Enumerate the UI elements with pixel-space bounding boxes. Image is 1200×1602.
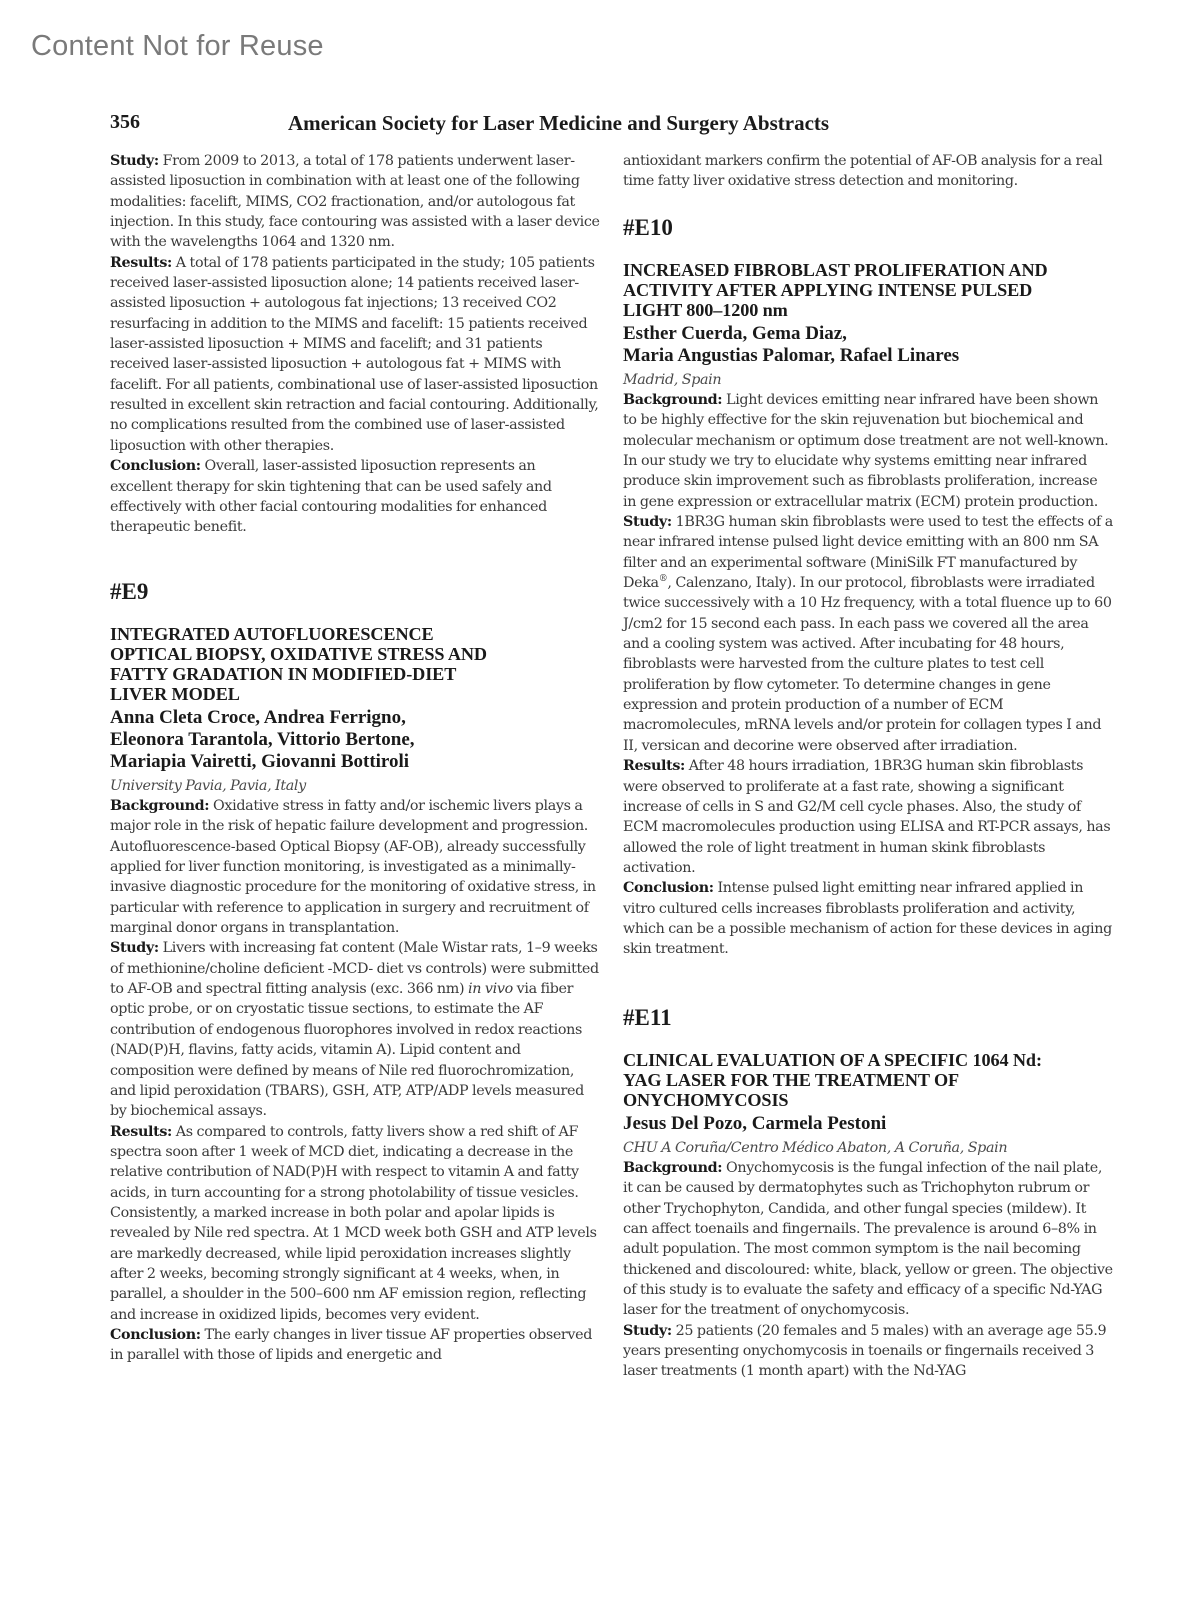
background-text: Oxidative stress in fatty and/or ischemi… (110, 798, 596, 936)
abstract-id: #E10 (623, 218, 1113, 238)
title-line: OPTICAL BIOPSY, OXIDATIVE STRESS AND (110, 644, 600, 664)
conclusion-section: Conclusion: The early changes in liver t… (110, 1325, 600, 1366)
abstract-authors: Jesus Del Pozo, Carmela Pestoni (623, 1113, 1113, 1135)
page-number: 356 (110, 111, 140, 134)
background-section: Background: Onychomycosis is the fungal … (623, 1158, 1113, 1321)
background-text: Onychomycosis is the fungal infection of… (623, 1160, 1113, 1318)
background-section: Background: Oxidative stress in fatty an… (110, 796, 600, 938)
journal-title: American Society for Laser Medicine and … (288, 111, 829, 136)
abstract-affiliation: University Pavia, Pavia, Italy (110, 776, 600, 796)
author-line: Maria Angustias Palomar, Rafael Linares (623, 345, 1113, 367)
conclusion-section: Conclusion: Intense pulsed light emittin… (623, 878, 1113, 959)
conclusion-label: Conclusion: (110, 1327, 201, 1343)
study-label: Study: (623, 1323, 672, 1339)
background-label: Background: (623, 392, 722, 408)
study-text-italic: in vivo (468, 981, 513, 997)
study-text: , Calenzano, Italy). In our protocol, fi… (623, 575, 1112, 754)
title-line: ACTIVITY AFTER APPLYING INTENSE PULSED (623, 280, 1113, 300)
title-line: YAG LASER FOR THE TREATMENT OF (623, 1070, 1113, 1090)
continued-abstract: Study: From 2009 to 2013, a total of 178… (110, 151, 600, 538)
study-section: Study: Livers with increasing fat conten… (110, 938, 600, 1121)
study-label: Study: (623, 514, 672, 530)
abstract-authors: Esther Cuerda, Gema Diaz, Maria Angustia… (623, 323, 1113, 367)
abstract-affiliation: Madrid, Spain (623, 370, 1113, 390)
results-section: Results: As compared to controls, fatty … (110, 1122, 600, 1325)
watermark-text: Content Not for Reuse (31, 30, 324, 63)
study-text: 25 patients (20 females and 5 males) wit… (623, 1323, 1106, 1380)
background-section: Background: Light devices emitting near … (623, 390, 1113, 512)
study-section: Study: From 2009 to 2013, a total of 178… (110, 151, 600, 253)
abstract-title: CLINICAL EVALUATION OF A SPECIFIC 1064 N… (623, 1050, 1113, 1111)
background-label: Background: (110, 798, 209, 814)
abstract-title: INTEGRATED AUTOFLUORESCENCE OPTICAL BIOP… (110, 624, 600, 705)
study-label: Study: (110, 153, 159, 169)
title-line: FATTY GRADATION IN MODIFIED-DIET (110, 664, 600, 684)
study-section: Study: 25 patients (20 females and 5 mal… (623, 1321, 1113, 1382)
title-line: INTEGRATED AUTOFLUORESCENCE (110, 624, 600, 644)
author-line: Esther Cuerda, Gema Diaz, (623, 323, 1113, 345)
title-line: LIGHT 800–1200 nm (623, 300, 1113, 320)
results-label: Results: (110, 1124, 172, 1140)
abstract-authors: Anna Cleta Croce, Andrea Ferrigno, Eleon… (110, 707, 600, 773)
results-label: Results: (623, 758, 685, 774)
study-text: via fiber optic probe, or on cryostatic … (110, 981, 584, 1119)
background-text: Light devices emitting near infrared hav… (623, 392, 1108, 510)
results-text: After 48 hours irradiation, 1BR3G human … (623, 758, 1110, 876)
running-header: 356 American Society for Laser Medicine … (110, 111, 1110, 141)
abstract-e9: #E9 INTEGRATED AUTOFLUORESCENCE OPTICAL … (110, 582, 600, 1366)
title-line: LIVER MODEL (110, 684, 600, 704)
e9-continued-text: antioxidant markers confirm the potentia… (623, 151, 1113, 192)
background-label: Background: (623, 1160, 722, 1176)
abstract-affiliation: CHU A Coruña/Centro Médico Abaton, A Cor… (623, 1138, 1113, 1158)
author-line: Eleonora Tarantola, Vittorio Bertone, (110, 729, 600, 751)
results-section: Results: A total of 178 patients partici… (110, 253, 600, 456)
conclusion-label: Conclusion: (110, 458, 201, 474)
study-text: From 2009 to 2013, a total of 178 patien… (110, 153, 600, 250)
results-section: Results: After 48 hours irradiation, 1BR… (623, 756, 1113, 878)
author-line: Mariapia Vairetti, Giovanni Bottiroli (110, 751, 600, 773)
author-line: Anna Cleta Croce, Andrea Ferrigno, (110, 707, 600, 729)
conclusion-label: Conclusion: (623, 880, 714, 896)
abstract-id: #E11 (623, 1008, 1113, 1028)
right-column: antioxidant markers confirm the potentia… (623, 151, 1113, 1382)
abstract-e10: #E10 INCREASED FIBROBLAST PROLIFERATION … (623, 218, 1113, 960)
results-text: As compared to controls, fatty livers sh… (110, 1124, 597, 1323)
conclusion-section: Conclusion: Overall, laser-assisted lipo… (110, 456, 600, 537)
left-column: Study: From 2009 to 2013, a total of 178… (110, 151, 600, 1366)
study-section: Study: 1BR3G human skin fibroblasts were… (623, 512, 1113, 756)
title-line: CLINICAL EVALUATION OF A SPECIFIC 1064 N… (623, 1050, 1113, 1070)
title-line: INCREASED FIBROBLAST PROLIFERATION AND (623, 260, 1113, 280)
title-line: ONYCHOMYCOSIS (623, 1090, 1113, 1110)
abstract-id: #E9 (110, 582, 600, 602)
author-line: Jesus Del Pozo, Carmela Pestoni (623, 1113, 1113, 1135)
abstract-title: INCREASED FIBROBLAST PROLIFERATION AND A… (623, 260, 1113, 321)
study-label: Study: (110, 940, 159, 956)
results-text: A total of 178 patients participated in … (110, 255, 598, 454)
results-label: Results: (110, 255, 172, 271)
abstract-e11: #E11 CLINICAL EVALUATION OF A SPECIFIC 1… (623, 1008, 1113, 1382)
